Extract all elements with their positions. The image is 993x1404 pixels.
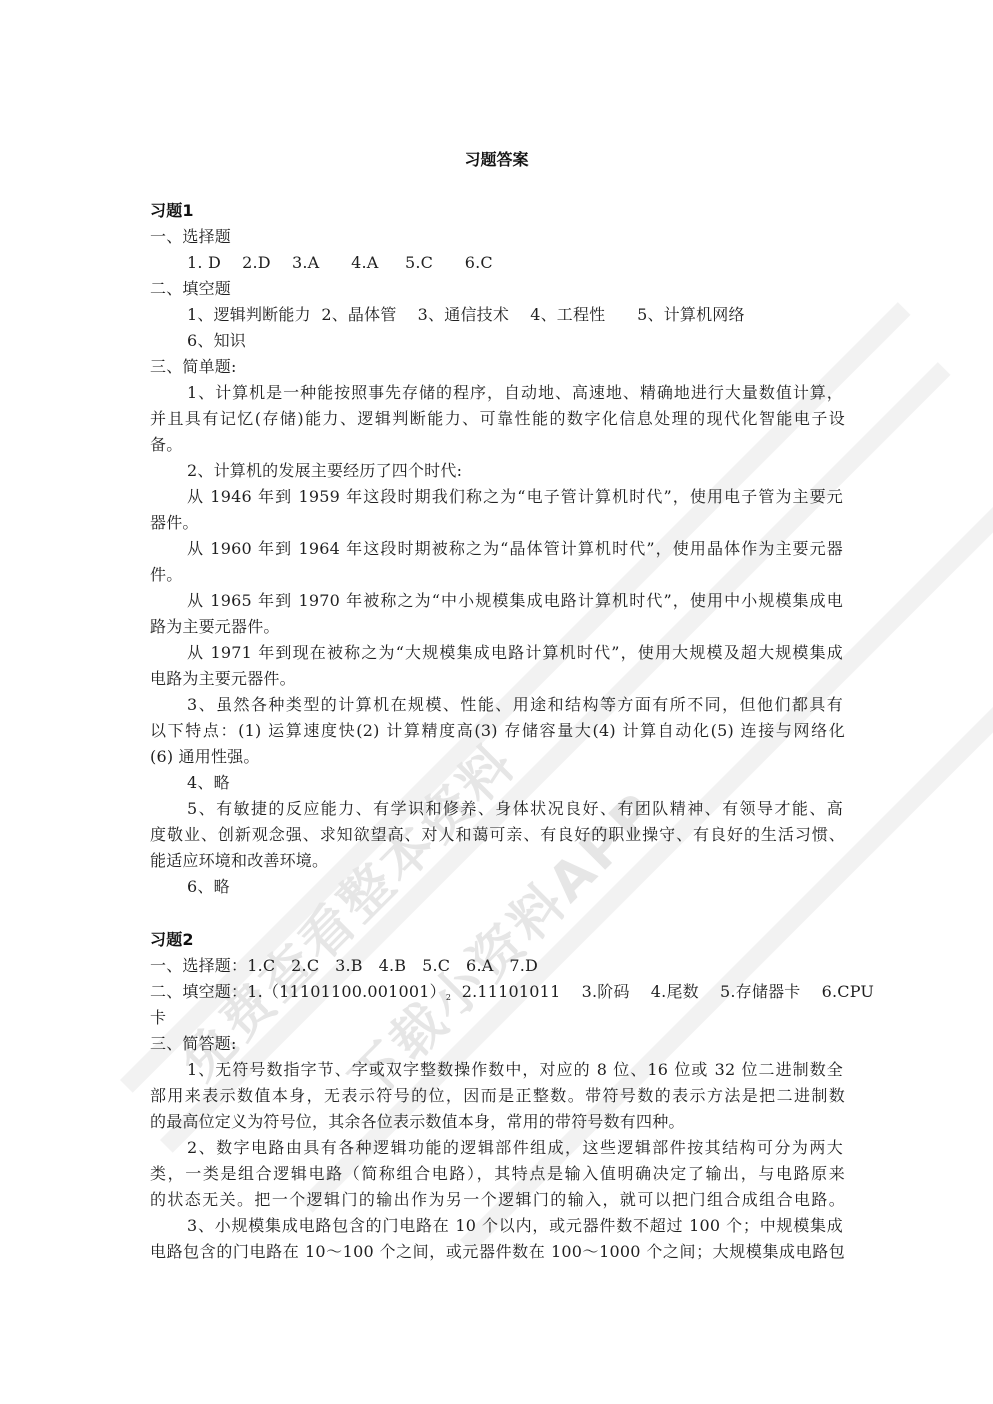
exercise1-answer-line: 4、略 xyxy=(187,773,882,793)
exercise1-answer-line: 3、虽然各种类型的计算机在规模、性能、用途和结构等方面有所不同，但他们都具有 xyxy=(187,695,843,715)
exercise2-answer-line: 的状态无关。把一个逻辑门的输出作为另一个逻辑门的输入，就可以把门组合成组合电路。 xyxy=(150,1190,845,1210)
exercise1-answer-line: 从 1960 年到 1964 年这段时期被称之为“晶体管计算机时代”，使用晶体作… xyxy=(187,539,843,559)
exercise1-answer-line: 以下特点：(1) 运算速度快(2) 计算精度高(3) 存储容量大(4) 计算自动… xyxy=(150,721,845,741)
exercise2-short-label: 三、简答题: xyxy=(150,1034,845,1054)
exercise1-answer-line: 6、略 xyxy=(187,877,882,897)
exercise2-heading: 习题2 xyxy=(150,930,845,950)
page-title: 习题答案 xyxy=(0,147,993,170)
document-page: 免费查看整本资料 下载小资料APP 习题答案 习题1 一、选择题 1. D 2.… xyxy=(0,0,993,1404)
exercise2-answer-line: 1、无符号数指字节、字或双字整数操作数中，对应的 8 位、16 位或 32 位二… xyxy=(187,1060,843,1080)
exercise1-fill-answers-1: 1、逻辑判断能力 2、晶体管 3、通信技术 4、工程性 5、计算机网络 xyxy=(187,305,882,325)
exercise2-fill-post: 2.11101011 3.阶码 4.尾数 5.存储器卡 6.CPU xyxy=(451,982,874,1001)
exercise1-heading: 习题1 xyxy=(150,201,845,221)
exercise2-answer-line: 类，一类是组合逻辑电路（简称组合电路），其特点是输入值明确决定了输出，与电路原来 xyxy=(150,1164,845,1184)
exercise1-answer-line: (6) 通用性强。 xyxy=(150,747,845,767)
exercise1-choice-answers: 1. D 2.D 3.A 4.A 5.C 6.C xyxy=(187,253,882,273)
exercise1-fill-answers-2: 6、知识 xyxy=(187,331,882,351)
exercise1-answer-line: 1、计算机是一种能按照事先存储的程序，自动地、高速地、精确地进行大量数值计算， xyxy=(187,383,843,403)
exercise1-answer-line: 从 1946 年到 1959 年这段时期我们称之为“电子管计算机时代”，使用电子… xyxy=(187,487,843,507)
exercise2-choice-answers: 一、选择题：1.C 2.C 3.B 4.B 5.C 6.A 7.D xyxy=(150,956,845,976)
exercise2-answer-line: 3、小规模集成电路包含的门电路在 10 个以内，或元器件数不超过 100 个；中… xyxy=(187,1216,843,1236)
exercise1-answer-line: 路为主要元器件。 xyxy=(150,617,845,637)
exercise2-answer-line: 电路包含的门电路在 10～100 个之间，或元器件数在 100～1000 个之间… xyxy=(150,1242,845,1262)
exercise1-choice-label: 一、选择题 xyxy=(150,227,845,247)
exercise1-answer-line: 度敬业、创新观念强、求知欲望高、对人和蔼可亲、有良好的职业操守、有良好的生活习惯… xyxy=(150,825,845,845)
exercise1-answer-line: 2、计算机的发展主要经历了四个时代: xyxy=(187,461,882,481)
exercise1-answer-line: 从 1971 年到现在被称之为“大规模集成电路计算机时代”，使用大规模及超大规模… xyxy=(187,643,843,663)
exercise1-answer-line: 备。 xyxy=(150,435,845,455)
exercise1-answer-line: 电路为主要元器件。 xyxy=(150,669,845,689)
exercise2-answer-line: 的最高位定义为符号位，其余各位表示数值本身，常用的带符号数有四种。 xyxy=(150,1112,845,1132)
exercise1-answer-line: 并且具有记忆(存储)能力、逻辑判断能力、可靠性能的数字化信息处理的现代化智能电子… xyxy=(150,409,845,429)
exercise1-fill-label: 二、填空题 xyxy=(150,279,845,299)
exercise2-answer-line: 部用来表示数值本身，无表示符号的位，因而是正整数。带符号数的表示方法是把二进制数 xyxy=(150,1086,845,1106)
exercise2-fill-answers-cont: 卡 xyxy=(150,1008,845,1028)
exercise2-answer-line: 2、数字电路由具有各种逻辑功能的逻辑部件组成，这些逻辑部件按其结构可分为两大 xyxy=(187,1138,843,1158)
exercise1-answer-line: 能适应环境和改善环境。 xyxy=(150,851,845,871)
exercise1-answer-line: 器件。 xyxy=(150,513,845,533)
exercise2-fill-answers: 二、填空题：1.（11101100.001001）2 2.11101011 3.… xyxy=(150,982,845,1008)
exercise2-fill-pre: 二、填空题：1.（11101100.001001） xyxy=(150,982,446,1001)
exercise1-short-label: 三、简单题: xyxy=(150,357,845,377)
exercise1-answer-line: 5、有敏捷的反应能力、有学识和修养、身体状况良好、有团队精神、有领导才能、高 xyxy=(187,799,843,819)
exercise1-answer-line: 件。 xyxy=(150,565,845,585)
exercise1-answer-line: 从 1965 年到 1970 年被称之为“中小规模集成电路计算机时代”，使用中小… xyxy=(187,591,843,611)
